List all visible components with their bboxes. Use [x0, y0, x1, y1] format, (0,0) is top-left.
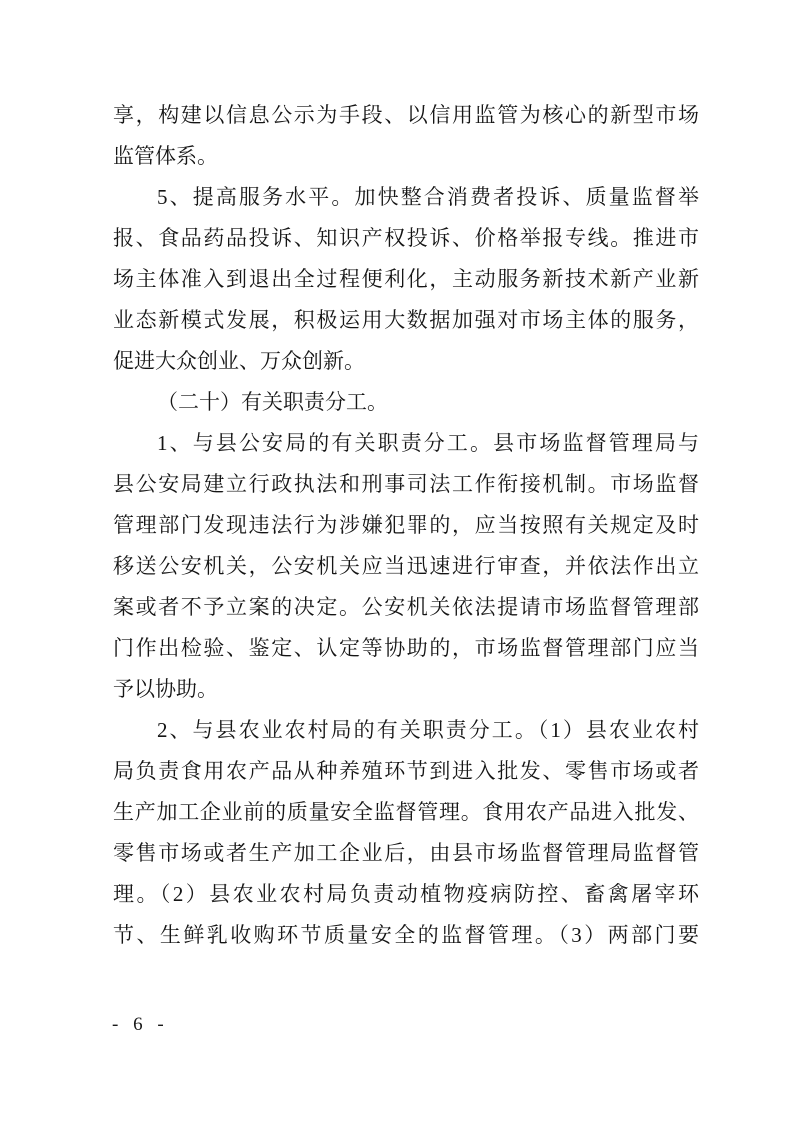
page-body: 享，构建以信息公示为手段、以信用监管为核心的新型市场监管体系。5、提高服务水平。…	[113, 95, 699, 956]
text-line: 监管体系。	[113, 136, 699, 177]
text-line: （二十）有关职责分工。	[113, 382, 699, 423]
text-line: 场主体准入到退出全过程便利化，主动服务新技术新产业新	[113, 259, 699, 300]
text-line: 报、食品药品投诉、知识产权投诉、价格举报专线。推进市	[113, 218, 699, 259]
text-line: 业态新模式发展，积极运用大数据加强对市场主体的服务，	[113, 300, 699, 341]
text-line: 生产加工企业前的质量安全监督管理。食用农产品进入批发、	[113, 792, 699, 833]
text-line: 1、与县公安局的有关职责分工。县市场监督管理局与	[113, 423, 699, 464]
text-line: 案或者不予立案的决定。公安机关依法提请市场监督管理部	[113, 587, 699, 628]
text-line: 促进大众创业、万众创新。	[113, 341, 699, 382]
text-line: 局负责食用农产品从种养殖环节到进入批发、零售市场或者	[113, 751, 699, 792]
text-line: 节、生鲜乳收购环节质量安全的监督管理。（3）两部门要	[113, 915, 699, 956]
text-line: 享，构建以信息公示为手段、以信用监管为核心的新型市场	[113, 95, 699, 136]
text-line: 门作出检验、鉴定、认定等协助的，市场监督管理部门应当	[113, 628, 699, 669]
document-page: 享，构建以信息公示为手段、以信用监管为核心的新型市场监管体系。5、提高服务水平。…	[0, 0, 793, 1122]
text-line: 5、提高服务水平。加快整合消费者投诉、质量监督举	[113, 177, 699, 218]
text-line: 理。（2）县农业农村局负责动植物疫病防控、畜禽屠宰环	[113, 874, 699, 915]
page-number: - 6 -	[112, 1012, 169, 1038]
text-line: 2、与县农业农村局的有关职责分工。（1）县农业农村	[113, 710, 699, 751]
text-line: 零售市场或者生产加工企业后，由县市场监督管理局监督管	[113, 833, 699, 874]
text-line: 县公安局建立行政执法和刑事司法工作衔接机制。市场监督	[113, 464, 699, 505]
text-line: 予以协助。	[113, 669, 699, 710]
text-line: 管理部门发现违法行为涉嫌犯罪的，应当按照有关规定及时	[113, 505, 699, 546]
text-line: 移送公安机关，公安机关应当迅速进行审查，并依法作出立	[113, 546, 699, 587]
